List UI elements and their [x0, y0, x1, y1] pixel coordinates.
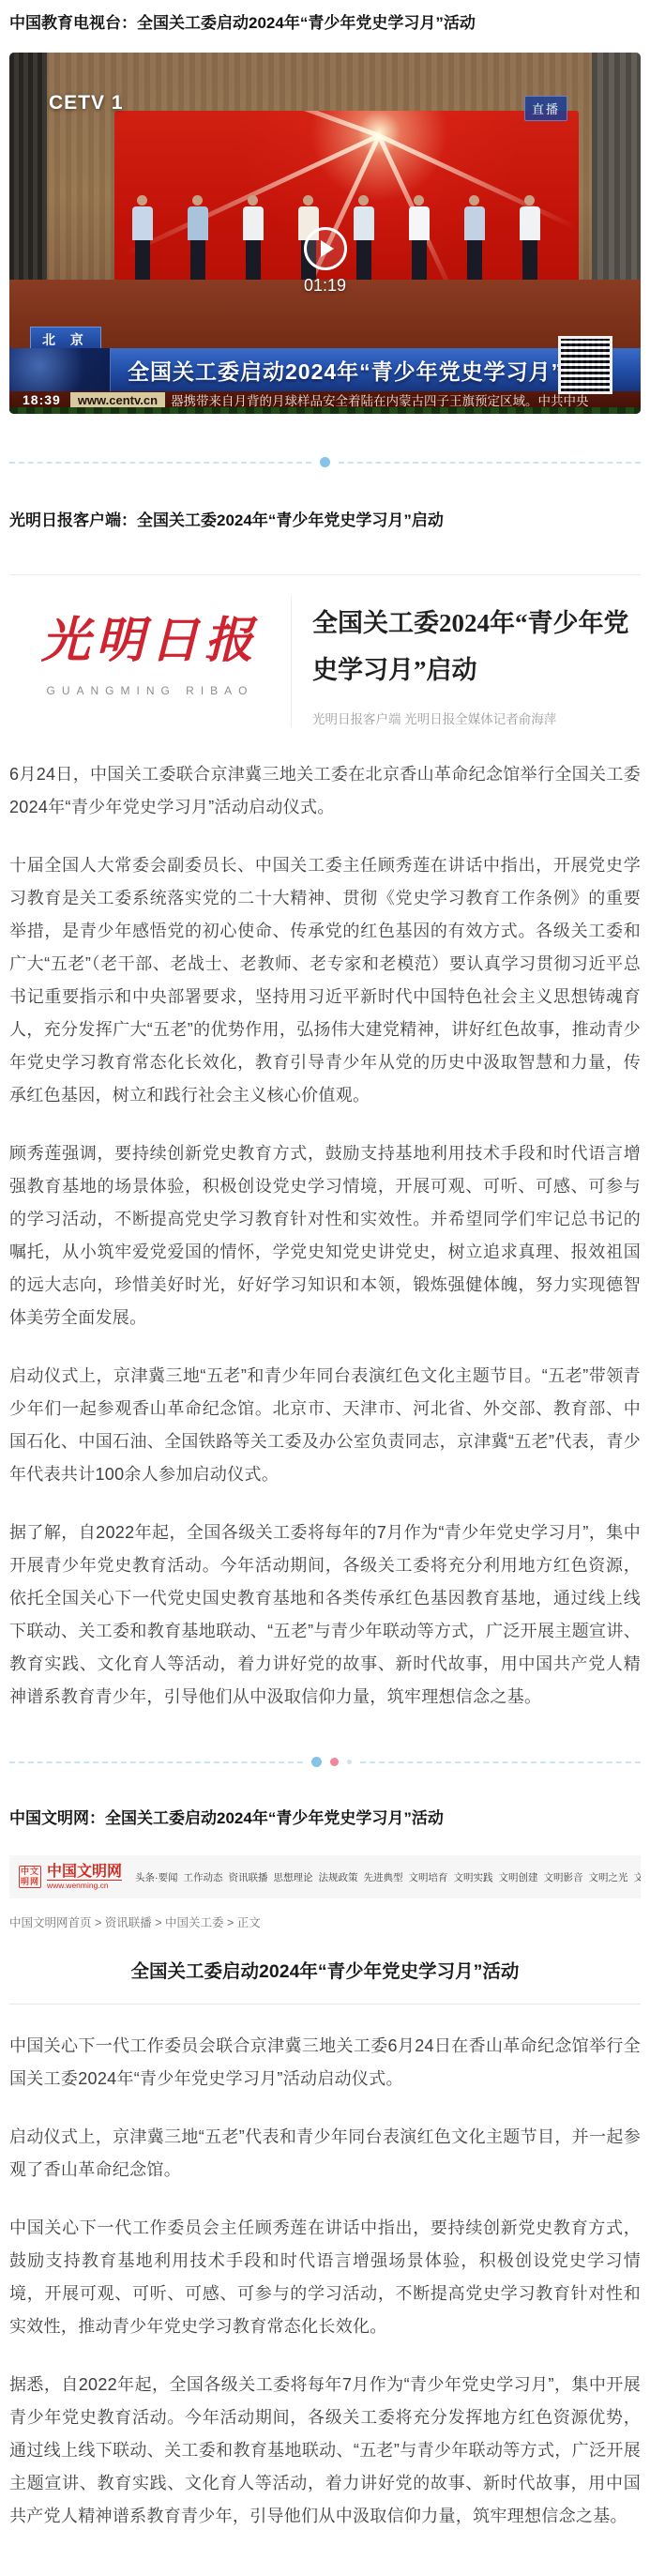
grass-strip: [9, 407, 641, 414]
section-divider: [9, 1757, 641, 1767]
nav-item: 资讯联播: [229, 1870, 268, 1884]
nav-item: 文明创建: [499, 1870, 538, 1884]
article3-title: 中国文明网：全国关工委启动2024年“青少年党史学习月”活动: [9, 1806, 641, 1831]
nav-item: 文明之光: [589, 1870, 628, 1884]
website-badge: www.centv.cn: [70, 392, 165, 408]
nav-item: 文明影音: [544, 1870, 583, 1884]
guangming-headline: 全国关工委2024年“青少年党史学习月”启动: [312, 600, 641, 694]
elapsed-time: 01:19: [304, 276, 346, 296]
play-icon: [321, 240, 334, 257]
broadcast-clock: 18:39: [9, 392, 70, 407]
divider-dot: [330, 1758, 339, 1766]
paragraph: 据了解，自2022年起，全国各级关工委将每年的7月作为“青少年党史学习月”，集中…: [9, 1517, 641, 1714]
seal-row: 中文: [20, 1867, 40, 1877]
person-figure: [129, 195, 155, 285]
nav-item: 先进典型: [364, 1870, 403, 1884]
paragraph: 十届全国人大常委会副委员长、中国关工委主任顾秀莲在讲话中指出，开展党史学习教育是…: [9, 849, 641, 1112]
wenming-site-url: www.wenming.cn: [47, 1880, 122, 1890]
headline-rule: [9, 2004, 641, 2004]
wenming-nav: 头条·要闻 工作动态 资讯联播 思想理论 法规政策 先进典型 文明培育 文明实践…: [135, 1870, 641, 1884]
divider-dot: [320, 457, 330, 467]
channel-logo: CETV 1: [49, 92, 124, 114]
paragraph: 6月24日，中国关工委联合京津冀三地关工委在北京香山革命纪念馆举行全国关工委20…: [9, 758, 641, 824]
person-figure: [351, 195, 376, 285]
person-figure: [461, 195, 487, 285]
light-ray: [237, 111, 380, 137]
divider-dot: [347, 1760, 352, 1764]
wenming-seal-icon: 中文 明网: [19, 1866, 41, 1888]
nav-item: 文明矩阵: [634, 1870, 641, 1884]
live-badge: 直播: [524, 96, 567, 121]
news-banner: 全国关工委启动2024年“青少年党史学习月”活动: [9, 348, 641, 391]
play-button[interactable]: [304, 227, 347, 270]
person-figure: [517, 195, 542, 285]
paragraph: 据悉，自2022年起，全国各级关工委将每年7月作为“青少年党史学习月”，集中开展…: [9, 2369, 641, 2533]
person-figure: [406, 195, 431, 285]
person-figure: [185, 195, 210, 285]
paragraph: 启动仪式上，京津冀三地“五老”和青少年同台表演红色文化主题节目。“五老”带领青少…: [9, 1360, 641, 1491]
banner-graphic: [9, 348, 111, 391]
news-ticker-bar: 18:39 www.centv.cn 器携带来自月背的月球样品安全着陆在内蒙古四…: [9, 391, 641, 408]
nav-item: 工作动态: [184, 1870, 223, 1884]
wenming-logo: 中国文明网 www.wenming.cn: [47, 1864, 122, 1890]
article1-title: 中国教育电视台：全国关工委启动2024年“青少年党史学习月”活动: [9, 11, 641, 36]
person-figure: [240, 195, 265, 285]
guangming-logo-block: 光明日报 GUANGMING RIBAO: [9, 596, 291, 727]
nav-item: 头条·要闻: [135, 1870, 178, 1884]
section-divider: [9, 457, 641, 467]
article3-headline: 全国关工委启动2024年“青少年党史学习月”活动: [9, 1957, 641, 1983]
nav-item: 思想理论: [274, 1870, 313, 1884]
guangming-byline: 光明日报客户端 光明日报全媒体记者俞海萍: [312, 709, 641, 727]
qr-code: [558, 336, 612, 394]
nav-item: 文明实践: [454, 1870, 493, 1884]
nav-item: 文明培育: [409, 1870, 448, 1884]
paragraph: 中国关心下一代工作委员会联合京津冀三地关工委6月24日在香山革命纪念馆举行全国关…: [9, 2030, 641, 2096]
nav-item: 法规政策: [319, 1870, 358, 1884]
paragraph: 启动仪式上，京津冀三地“五老”代表和青少年同台表演红色文化主题节目，并一起参观了…: [9, 2121, 641, 2187]
divider-dot: [311, 1757, 322, 1767]
article2-title: 光明日报客户端：全国关工委2024年“青少年党史学习月”启动: [9, 509, 641, 533]
paragraph: 中国关心下一代工作委员会主任顾秀莲在讲话中指出，要持续创新党史教育方式，鼓励支持…: [9, 2212, 641, 2343]
wenming-site-header: 中文 明网 中国文明网 www.wenming.cn 头条·要闻 工作动态 资讯…: [9, 1855, 641, 1898]
guangming-logo: 光明日报: [9, 605, 291, 678]
breadcrumb: 中国文明网首页 > 资讯联播 > 中国关工委 > 正文: [9, 1913, 641, 1930]
seal-row: 明网: [20, 1877, 40, 1887]
paragraph: 顾秀莲强调，要持续创新党史教育方式，鼓励支持基地利用技术手段和时代语言增强教育基…: [9, 1137, 641, 1334]
guangming-logo-sub: GUANGMING RIBAO: [9, 684, 291, 697]
wenming-site-name: 中国文明网: [47, 1864, 122, 1880]
guangming-masthead: 光明日报 GUANGMING RIBAO 全国关工委2024年“青少年党史学习月…: [9, 574, 641, 733]
video-player[interactable]: CETV 1 直播 01:19 北 京 全国关工委启动2024年“青少年党史学习…: [9, 53, 641, 414]
